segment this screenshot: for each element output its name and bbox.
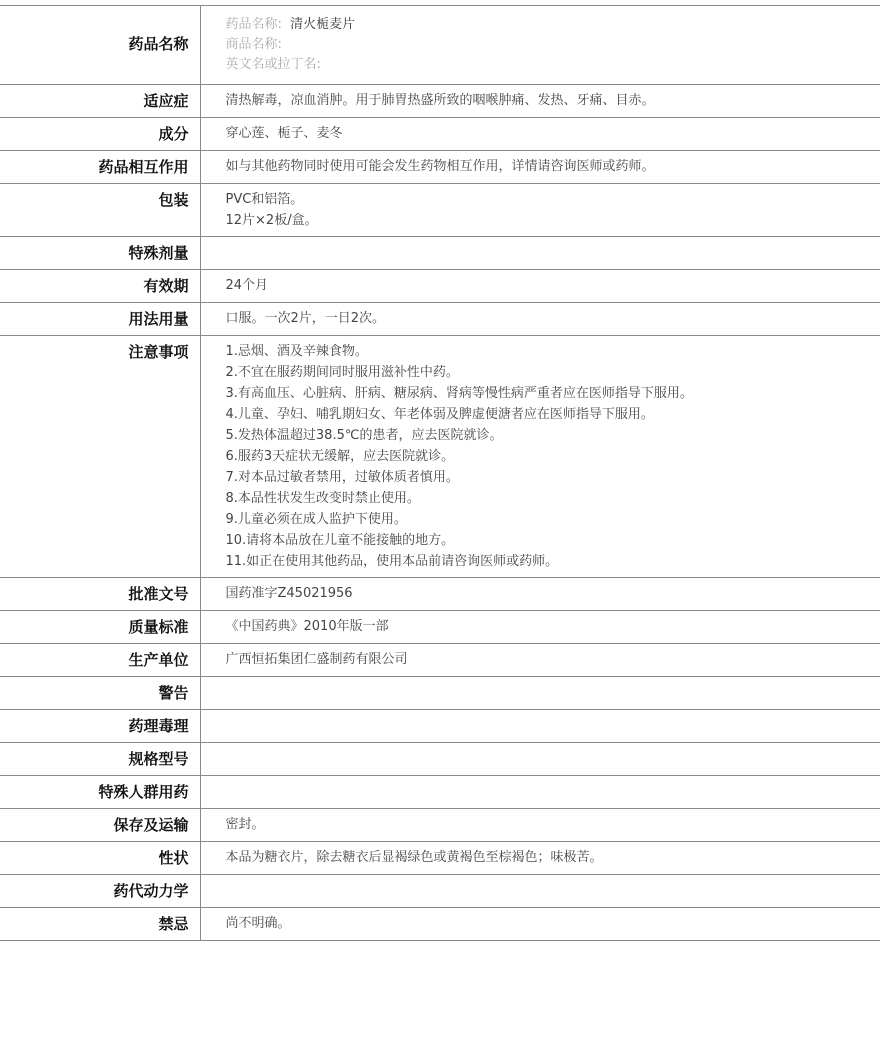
value-storage: 密封。 — [226, 809, 880, 841]
generic-name-line: 药品名称: 清火栀麦片 — [226, 15, 880, 35]
row-shelf-life: 有效期 24个月 — [0, 270, 880, 303]
precaution-item: 9.儿童必须在成人监护下使用。 — [226, 509, 880, 530]
latin-name-line: 英文名或拉丁名: — [226, 55, 880, 75]
generic-name-value: 清火栀麦片 — [290, 17, 355, 32]
precaution-item: 7.对本品过敏者禁用，过敏体质者慎用。 — [226, 467, 880, 488]
row-appearance: 性状 本品为糖衣片，除去糖衣后显褐绿色或黄褐色至棕褐色；味极苦。 — [0, 842, 880, 875]
precaution-item: 10.请将本品放在儿童不能接触的地方。 — [226, 530, 880, 551]
precaution-item: 4.儿童、孕妇、哺乳期妇女、年老体弱及脾虚便溏者应在医师指导下服用。 — [226, 404, 880, 425]
value-interactions: 如与其他药物同时使用可能会发生药物相互作用，详情请咨询医师或药师。 — [226, 151, 880, 183]
label-pharmacokinetics: 药代动力学 — [0, 875, 189, 907]
value-contraindications: 尚不明确。 — [226, 908, 880, 940]
label-indications: 适应症 — [0, 85, 189, 117]
value-cell: 药品名称: 清火栀麦片 商品名称: 英文名或拉丁名: — [200, 6, 880, 85]
precaution-item: 3.有高血压、心脏病、肝病、糖尿病、肾病等慢性病严重者应在医师指导下服用。 — [226, 383, 880, 404]
row-pharmacology: 药理毒理 — [0, 710, 880, 743]
label-shelf-life: 有效期 — [0, 270, 189, 302]
row-precautions: 注意事项 1.忌烟、酒及辛辣食物。 2.不宜在服药期间同时服用滋补性中药。 3.… — [0, 336, 880, 578]
row-warning: 警告 — [0, 677, 880, 710]
packaging-line: PVC和铝箔。 — [226, 189, 880, 210]
row-special-dosage: 特殊剂量 — [0, 237, 880, 270]
label-quality-standard: 质量标准 — [0, 611, 189, 643]
generic-name-key: 药品名称: — [226, 17, 282, 32]
label-specification: 规格型号 — [0, 743, 189, 775]
row-contraindications: 禁忌 尚不明确。 — [0, 908, 880, 941]
trade-name-key: 商品名称: — [226, 37, 282, 52]
row-interactions: 药品相互作用 如与其他药物同时使用可能会发生药物相互作用，详情请咨询医师或药师。 — [0, 151, 880, 184]
label-packaging: 包装 — [0, 184, 189, 216]
label-ingredients: 成分 — [0, 118, 189, 150]
value-indications: 清热解毒，凉血消肿。用于肺胃热盛所致的咽喉肿痛、发热、牙痛、目赤。 — [226, 85, 880, 117]
value-shelf-life: 24个月 — [226, 270, 880, 302]
latin-name-key: 英文名或拉丁名: — [226, 57, 321, 72]
value-appearance: 本品为糖衣片，除去糖衣后显褐绿色或黄褐色至棕褐色；味极苦。 — [226, 842, 880, 874]
value-quality-standard: 《中国药典》2010年版一部 — [226, 611, 880, 643]
row-packaging: 包装 PVC和铝箔。 12片×2板/盒。 — [0, 184, 880, 237]
label-interactions: 药品相互作用 — [0, 151, 189, 183]
precaution-item: 6.服药3天症状无缓解，应去医院就诊。 — [226, 446, 880, 467]
label-special-dosage: 特殊剂量 — [0, 237, 189, 269]
precaution-item: 5.发热体温超过38.5℃的患者，应去医院就诊。 — [226, 425, 880, 446]
row-storage: 保存及运输 密封。 — [0, 809, 880, 842]
row-specification: 规格型号 — [0, 743, 880, 776]
row-approval-number: 批准文号 国药准字Z45021956 — [0, 578, 880, 611]
row-dosage: 用法用量 口服。一次2片，一日2次。 — [0, 303, 880, 336]
precaution-item: 1.忌烟、酒及辛辣食物。 — [226, 341, 880, 362]
label-precautions: 注意事项 — [0, 336, 189, 368]
value-approval-number: 国药准字Z45021956 — [226, 578, 880, 610]
precaution-item: 11.如正在使用其他药品，使用本品前请咨询医师或药师。 — [226, 551, 880, 572]
row-manufacturer: 生产单位 广西恒拓集团仁盛制药有限公司 — [0, 644, 880, 677]
label-manufacturer: 生产单位 — [0, 644, 189, 676]
row-pharmacokinetics: 药代动力学 — [0, 875, 880, 908]
value-ingredients: 穿心莲、栀子、麦冬 — [226, 118, 880, 150]
label-dosage: 用法用量 — [0, 303, 189, 335]
row-indications: 适应症 清热解毒，凉血消肿。用于肺胃热盛所致的咽喉肿痛、发热、牙痛、目赤。 — [0, 85, 880, 118]
trade-name-line: 商品名称: — [226, 35, 880, 55]
precaution-item: 2.不宜在服药期间同时服用滋补性中药。 — [226, 362, 880, 383]
precaution-item: 8.本品性状发生改变时禁止使用。 — [226, 488, 880, 509]
drug-spec-table: 药品名称 药品名称: 清火栀麦片 商品名称: 英文名或拉丁名: 适应症 清热解毒… — [0, 5, 880, 941]
value-dosage: 口服。一次2片，一日2次。 — [226, 303, 880, 335]
label-drug-name: 药品名称 — [0, 6, 189, 82]
label-special-populations: 特殊人群用药 — [0, 776, 189, 808]
packaging-line: 12片×2板/盒。 — [226, 210, 880, 231]
label-contraindications: 禁忌 — [0, 908, 189, 940]
row-drug-name: 药品名称 药品名称: 清火栀麦片 商品名称: 英文名或拉丁名: — [0, 6, 880, 85]
label-warning: 警告 — [0, 677, 189, 709]
label-pharmacology: 药理毒理 — [0, 710, 189, 742]
row-ingredients: 成分 穿心莲、栀子、麦冬 — [0, 118, 880, 151]
label-approval-number: 批准文号 — [0, 578, 189, 610]
label-cell: 药品名称 — [0, 6, 200, 85]
row-special-populations: 特殊人群用药 — [0, 776, 880, 809]
row-quality-standard: 质量标准 《中国药典》2010年版一部 — [0, 611, 880, 644]
label-appearance: 性状 — [0, 842, 189, 874]
label-storage: 保存及运输 — [0, 809, 189, 841]
value-manufacturer: 广西恒拓集团仁盛制药有限公司 — [226, 644, 880, 676]
